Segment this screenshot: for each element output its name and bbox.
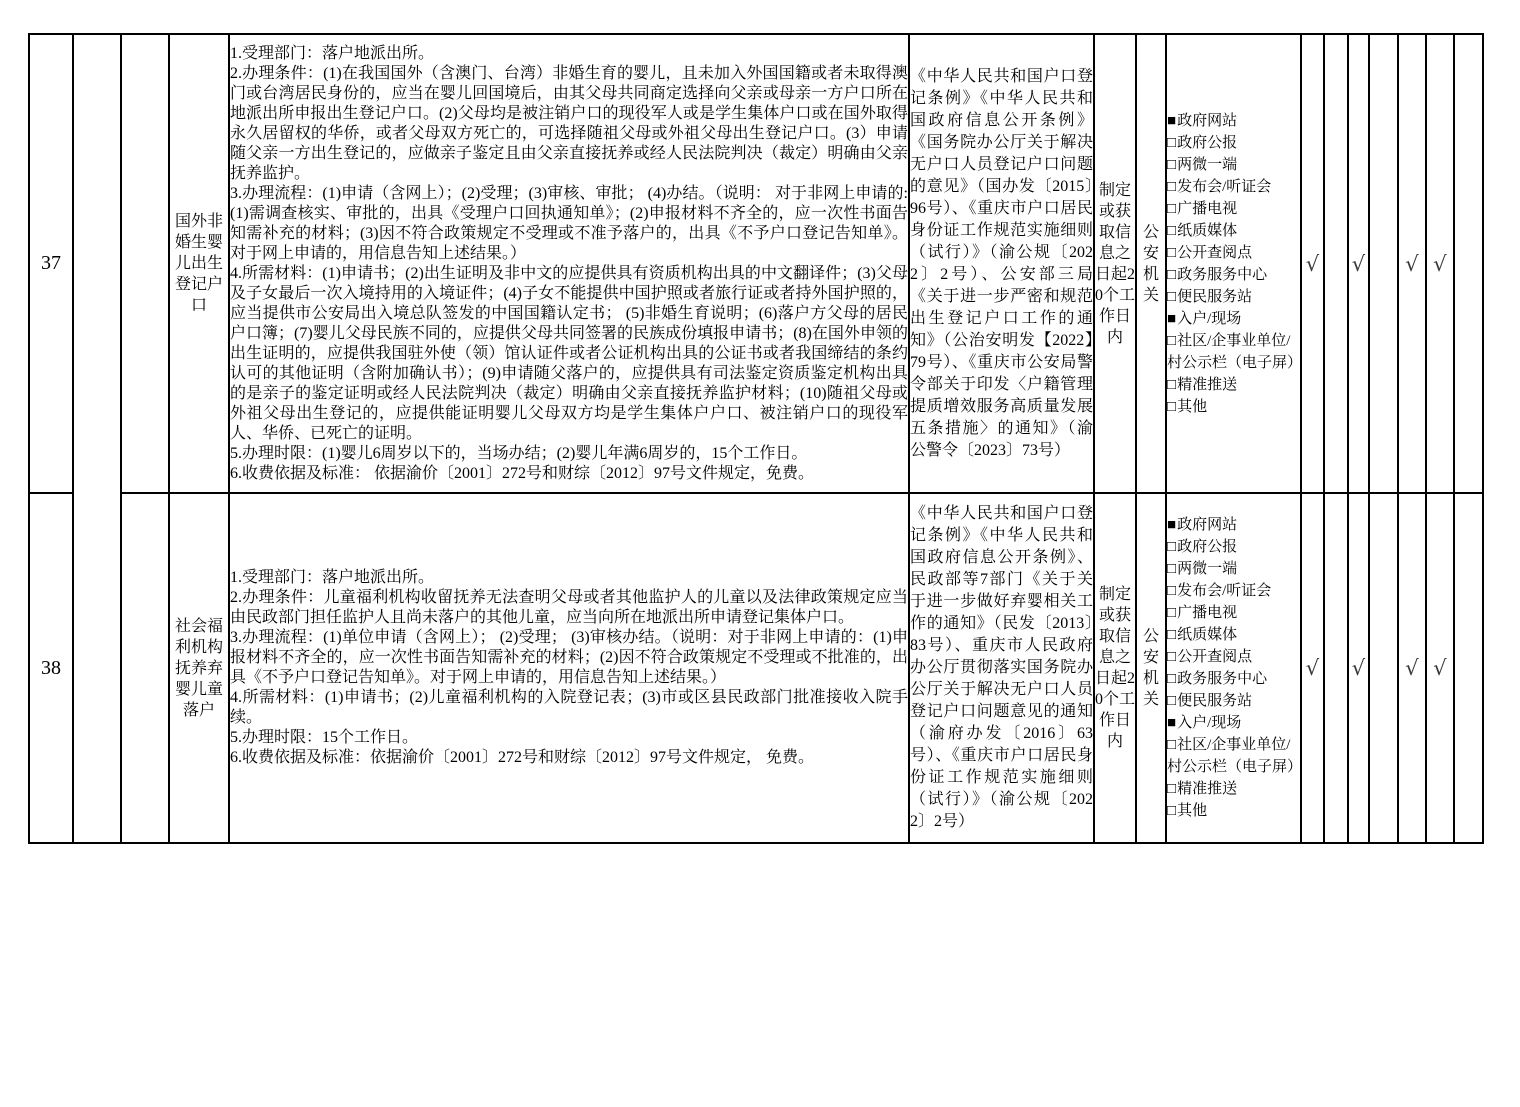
channel-label: 便民服务站: [1177, 289, 1252, 305]
item-title: 社会福利机构抚养弃婴儿童落户: [169, 493, 229, 843]
channel-label: 纸质媒体: [1177, 223, 1237, 239]
item-title: 国外非婚生婴儿出生登记户口: [169, 34, 229, 493]
channel-item: ■政府网站: [1167, 514, 1300, 536]
check-cell: √: [1348, 34, 1369, 493]
channel-label: 政府公报: [1177, 135, 1237, 151]
channel-label: 政府公报: [1177, 539, 1237, 555]
check-cell: [1324, 34, 1348, 493]
unchecked-box-icon: □: [1167, 245, 1176, 261]
procedure-paragraph: 1.受理部门：落户地派出所。: [230, 44, 908, 64]
unchecked-box-icon: □: [1167, 781, 1176, 797]
checked-box-icon: ■: [1167, 311, 1176, 327]
procedure-paragraph: 6.收费依据及标准： 依据渝价〔2001〕272号和财综〔2012〕97号文件规…: [230, 464, 908, 484]
channel-label: 精准推送: [1177, 781, 1237, 797]
empty-cell: [121, 34, 169, 493]
unchecked-box-icon: □: [1167, 157, 1176, 173]
channel-label: 社区/企事业单位/村公示栏（电子屏）: [1167, 333, 1301, 371]
channel-item: □发布会/听证会: [1167, 580, 1300, 602]
unchecked-box-icon: □: [1167, 539, 1176, 555]
channel-item: □社区/企事业单位/村公示栏（电子屏）: [1167, 330, 1300, 374]
procedure-paragraph: 2.办理条件：(1)在我国国外（含澳门、台湾）非婚生育的婴儿，且未加入外国国籍或…: [230, 64, 908, 184]
procedure-paragraph: 1.受理部门：落户地派出所。: [230, 568, 908, 588]
check-cell: √: [1348, 493, 1369, 843]
channel-item: □公开查阅点: [1167, 646, 1300, 668]
channel-item: □两微一端: [1167, 154, 1300, 176]
channels-cell: ■政府网站□政府公报□两微一端□发布会/听证会□广播电视□纸质媒体□公开查阅点□…: [1166, 493, 1301, 843]
channels-cell: ■政府网站□政府公报□两微一端□发布会/听证会□广播电视□纸质媒体□公开查阅点□…: [1166, 34, 1301, 493]
channel-item: ■政府网站: [1167, 110, 1300, 132]
unchecked-box-icon: □: [1167, 693, 1176, 709]
check-cell: [1369, 34, 1398, 493]
unchecked-box-icon: □: [1167, 649, 1176, 665]
unchecked-box-icon: □: [1167, 179, 1176, 195]
checked-box-icon: ■: [1167, 715, 1176, 731]
channel-item: □两微一端: [1167, 558, 1300, 580]
empty-cell-merged: [73, 34, 121, 843]
legal-basis-cell: 《中华人民共和国户口登记条例》《中华人民共和国政府信息公开条例》、民政部等7部门…: [909, 493, 1094, 843]
channel-label: 便民服务站: [1177, 693, 1252, 709]
checked-box-icon: ■: [1167, 517, 1176, 533]
table-row: 38 社会福利机构抚养弃婴儿童落户 1.受理部门：落户地派出所。2.办理条件：儿…: [29, 493, 1483, 843]
channel-item: ■入户/现场: [1167, 712, 1300, 734]
row-number: 38: [29, 493, 73, 843]
channel-label: 其他: [1177, 803, 1207, 819]
channel-label: 政务服务中心: [1177, 267, 1267, 283]
unchecked-box-icon: □: [1167, 605, 1176, 621]
agency-cell: 公安机关: [1136, 493, 1166, 843]
procedure-paragraph: 4.所需材料：(1)申请书；(2)出生证明及非中文的应提供具有资质机构出具的中文…: [230, 264, 908, 444]
channel-item: □社区/企事业单位/村公示栏（电子屏）: [1167, 734, 1300, 778]
table-row: 37 国外非婚生婴儿出生登记户口 1.受理部门：落户地派出所。2.办理条件：(1…: [29, 34, 1483, 493]
unchecked-box-icon: □: [1167, 333, 1176, 349]
channel-item: □广播电视: [1167, 602, 1300, 624]
check-cell: √: [1301, 493, 1324, 843]
procedure-paragraph: 5.办理时限：(1)婴儿6周岁以下的，当场办结；(2)婴儿年满6周岁的，15个工…: [230, 444, 908, 464]
channel-label: 入户/现场: [1177, 715, 1241, 731]
procedure-paragraph: 3.办理流程：(1)申请（含网上）；(2)受理；(3)审核、审批； (4)办结。…: [230, 184, 908, 264]
channel-item: □政府公报: [1167, 536, 1300, 558]
empty-cell: [121, 493, 169, 843]
channel-label: 公开查阅点: [1177, 245, 1252, 261]
procedure-paragraph: 6.收费依据及标准：依据渝价〔2001〕272号和财综〔2012〕97号文件规定…: [230, 748, 908, 768]
channel-label: 政府网站: [1177, 517, 1237, 533]
channel-label: 入户/现场: [1177, 311, 1241, 327]
channel-label: 社区/企事业单位/村公示栏（电子屏）: [1167, 737, 1301, 775]
channel-label: 精准推送: [1177, 377, 1237, 393]
channel-item: □其他: [1167, 396, 1300, 418]
unchecked-box-icon: □: [1167, 803, 1176, 819]
channel-item: □政务服务中心: [1167, 264, 1300, 286]
unchecked-box-icon: □: [1167, 737, 1176, 753]
channel-item: □纸质媒体: [1167, 624, 1300, 646]
unchecked-box-icon: □: [1167, 289, 1176, 305]
agency-cell: 公安机关: [1136, 34, 1166, 493]
channel-item: ■入户/现场: [1167, 308, 1300, 330]
unchecked-box-icon: □: [1167, 627, 1176, 643]
channel-item: □精准推送: [1167, 374, 1300, 396]
unchecked-box-icon: □: [1167, 135, 1176, 151]
channel-label: 发布会/听证会: [1177, 583, 1271, 599]
procedure-paragraph: 4.所需材料：(1)申请书；(2)儿童福利机构的入院登记表；(3)市或区县民政部…: [230, 688, 908, 728]
channel-label: 其他: [1177, 399, 1207, 415]
channel-label: 纸质媒体: [1177, 627, 1237, 643]
disclosure-time-cell: 制定或获取信息之日起20个工作日内: [1094, 493, 1136, 843]
check-cell: √: [1301, 34, 1324, 493]
channel-item: □政务服务中心: [1167, 668, 1300, 690]
procedure-paragraph: 3.办理流程：(1)单位申请（含网上）； (2)受理； (3)审核办结。（说明：…: [230, 628, 908, 688]
channel-item: □精准推送: [1167, 778, 1300, 800]
disclosure-table: 37 国外非婚生婴儿出生登记户口 1.受理部门：落户地派出所。2.办理条件：(1…: [28, 33, 1484, 844]
check-cell: [1454, 493, 1483, 843]
unchecked-box-icon: □: [1167, 377, 1176, 393]
row-number: 37: [29, 34, 73, 493]
legal-basis-cell: 《中华人民共和国户口登记条例》《中华人民共和国政府信息公开条例》《国务院办公厅关…: [909, 34, 1094, 493]
channel-label: 发布会/听证会: [1177, 179, 1271, 195]
channel-item: □公开查阅点: [1167, 242, 1300, 264]
channel-item: □发布会/听证会: [1167, 176, 1300, 198]
unchecked-box-icon: □: [1167, 583, 1176, 599]
channel-label: 政府网站: [1177, 113, 1237, 129]
checked-box-icon: ■: [1167, 113, 1176, 129]
check-cell: [1369, 493, 1398, 843]
check-cell: [1324, 493, 1348, 843]
procedure-paragraph: 2.办理条件：儿童福利机构收留抚养无法查明父母或者其他监护人的儿童以及法律政策规…: [230, 588, 908, 628]
channel-label: 广播电视: [1177, 201, 1237, 217]
channel-label: 两微一端: [1177, 561, 1237, 577]
procedure-cell: 1.受理部门：落户地派出所。2.办理条件：(1)在我国国外（含澳门、台湾）非婚生…: [229, 34, 909, 493]
procedure-cell: 1.受理部门：落户地派出所。2.办理条件：儿童福利机构收留抚养无法查明父母或者其…: [229, 493, 909, 843]
check-cell: √: [1398, 34, 1426, 493]
channel-item: □广播电视: [1167, 198, 1300, 220]
channel-label: 广播电视: [1177, 605, 1237, 621]
channel-item: □政府公报: [1167, 132, 1300, 154]
channel-item: □便民服务站: [1167, 690, 1300, 712]
procedure-paragraph: 5.办理时限：15个工作日。: [230, 728, 908, 748]
unchecked-box-icon: □: [1167, 223, 1176, 239]
check-cell: √: [1398, 493, 1426, 843]
check-cell: √: [1426, 493, 1454, 843]
channel-item: □其他: [1167, 800, 1300, 822]
unchecked-box-icon: □: [1167, 399, 1176, 415]
disclosure-time-cell: 制定或获取信息之日起20个工作日内: [1094, 34, 1136, 493]
unchecked-box-icon: □: [1167, 671, 1176, 687]
unchecked-box-icon: □: [1167, 561, 1176, 577]
channel-item: □便民服务站: [1167, 286, 1300, 308]
channel-item: □纸质媒体: [1167, 220, 1300, 242]
check-cell: √: [1426, 34, 1454, 493]
channel-label: 两微一端: [1177, 157, 1237, 173]
unchecked-box-icon: □: [1167, 201, 1176, 217]
channel-label: 公开查阅点: [1177, 649, 1252, 665]
unchecked-box-icon: □: [1167, 267, 1176, 283]
channel-label: 政务服务中心: [1177, 671, 1267, 687]
check-cell: [1454, 34, 1483, 493]
